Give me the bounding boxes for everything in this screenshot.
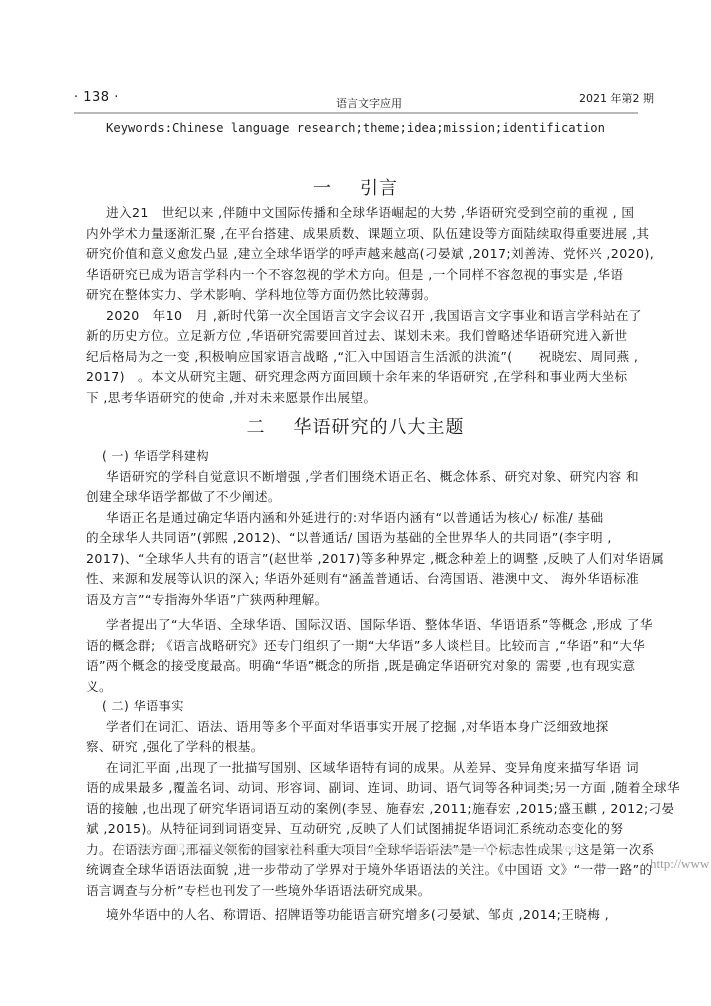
section-heading-introduction: 一引言 xyxy=(0,174,711,200)
running-header: · 138 · 语言文字应用 2021 年第2 期 xyxy=(74,90,664,114)
subsection-heading: ( 一) 华语学科建构 xyxy=(86,446,646,467)
text-line: 华语正名是通过确定华语内涵和外延进行的:对华语内涵有“以普通话为核心/ 标准/ … xyxy=(86,508,646,529)
journal-page: · 138 · 语言文字应用 2021 年第2 期 Keywords:Chine… xyxy=(0,0,711,1006)
text-line: 创建全球华语学都做了不少阐述。 xyxy=(86,487,646,508)
text-line: 华语研究的学科自觉意识不断增强 ,学者们围绕术语正名、概念体系、研究对象、研究内… xyxy=(86,467,646,488)
keywords-line: Keywords:Chinese language research;theme… xyxy=(0,121,711,135)
text-line: 2017) 。本文从研究主题、研究理念两方面回顾十余年来的华语研究 ,在学科和事… xyxy=(86,367,646,388)
text-line: 在词汇平面 ,出现了一批描写国别、区域华语特有词的成果。从差异、变异角度来描写华… xyxy=(86,758,646,779)
subsection1-body: ( 一) 华语学科建构 华语研究的学科自觉意识不断增强 ,学者们围绕术语正名、概… xyxy=(86,446,646,697)
subsection-heading: ( 二) 华语事实 xyxy=(86,696,646,717)
text-line: 语的接触 ,也出现了研究华语词语互动的案例(李昱、施春宏 ,2011;施春宏 ,… xyxy=(86,799,646,820)
section-title: 引言 xyxy=(360,178,398,199)
url-fragment: http://www xyxy=(650,856,709,872)
header-divider xyxy=(74,112,638,114)
text-line: 研究在整体实力、学术影响、学科地位等方面仍然比较薄弱。 xyxy=(86,285,646,306)
text-line: 学者提出了“大华语、全球华语、国际汉语、国际华语、整体华语、华语语系”等概念 ,… xyxy=(86,615,646,636)
text-line: 新的历史方位。立足新方位 ,华语研究需要回首过去、谋划未来。我们曾略述华语研究进… xyxy=(86,326,646,347)
section1-body: 进入21 世纪以来 ,伴随中文国际传播和全球华语崛起的大势 ,华语研究受到空前的… xyxy=(86,203,646,408)
text-line: 研究价值和意义愈发凸显 ,建立全球华语学的呼声越来越高(刁晏斌 ,2017;刘善… xyxy=(86,244,646,265)
text-line: 统调查全球华语语法面貌 ,进一步带动了学界对于境外华语语法的关注。《中国语 文》… xyxy=(86,860,646,881)
text-line: 语的成果最多 ,覆盖名词、动词、形容词、副词、连词、助词、语气词等各种词类;另一… xyxy=(86,778,646,799)
journal-title: 语言文字应用 xyxy=(74,95,664,111)
section-number: 一 xyxy=(313,178,332,199)
copyright-watermark: (C)1994-2021 China Academic Journal Elec… xyxy=(118,840,581,856)
text-line: 内外学术力量逐渐汇聚 ,在平台搭建、成果质数、课题立项、队伍建设等方面陆续取得重… xyxy=(86,224,646,245)
section-number: 二 xyxy=(247,417,266,438)
text-line: 义。 xyxy=(86,677,646,698)
text-line: 2017)、“全球华人共有的语言”(赵世举 ,2017)等多种界定 ,概念种差上… xyxy=(86,549,646,570)
text-line: 性、来源和发展等认识的深入; 华语外延则有“涵盖普通话、台湾国语、港澳中文、 海… xyxy=(86,569,646,590)
section-title: 华语研究的八大主题 xyxy=(294,417,465,438)
text-line: 2020 年10 月 ,新时代第一次全国语言文字会议召开 ,我国语言文字事业和语… xyxy=(86,306,646,327)
subsection2-body: ( 二) 华语事实 学者们在词汇、语法、语用等多个平面对华语事实开展了挖掘 ,对… xyxy=(86,696,646,926)
text-line: 斌 ,2015)。从特征词到词语变异、互动研究 ,反映了人们试图捕捉华语词汇系统… xyxy=(86,819,646,840)
text-line: 语”两个概念的接受度最高。明确“华语”概念的所指 ,既是确定华语研究对象的 需要… xyxy=(86,656,646,677)
text-line: 语的概念群; 《语言战略研究》还专门组织了一期“大华语”多人谈栏目。比较而言 ,… xyxy=(86,636,646,657)
text-line: 下 ,思考华语研究的使命 ,并对未来愿景作出展望。 xyxy=(86,388,646,409)
text-line: 纪后格局为之一变 ,积极响应国家语言战略 ,“汇入中国语言生活派的洪流”( 祝晓… xyxy=(86,347,646,368)
text-line: 华语研究已成为语言学科内一个不容忽视的学术方向。但是 ,一个同样不容忽视的事实是… xyxy=(86,265,646,286)
text-line: 学者们在词汇、语法、语用等多个平面对华语事实开展了挖掘 ,对华语本身广泛细致地探 xyxy=(86,717,646,738)
text-line: 语及方言”“专指海外华语”广狭两种理解。 xyxy=(86,590,646,611)
text-line: 语言调查与分析”专栏也刊发了一些境外华语语法研究成果。 xyxy=(86,881,646,902)
text-line: 察、研究 ,强化了学科的根基。 xyxy=(86,737,646,758)
text-line: 进入21 世纪以来 ,伴随中文国际传播和全球华语崛起的大势 ,华语研究受到空前的… xyxy=(86,203,646,224)
text-line: 的全球华人共同语”(郭熙 ,2012)、“以普通话/ 国语为基础的全世界华人的共… xyxy=(86,528,646,549)
issue-label: 2021 年第2 期 xyxy=(579,90,654,106)
text-line: 境外华语中的人名、称谓语、招牌语等功能语言研究增多(刁晏斌、邹贞 ,2014;王… xyxy=(86,905,646,926)
section-heading-eight-themes: 二华语研究的八大主题 xyxy=(0,413,711,439)
